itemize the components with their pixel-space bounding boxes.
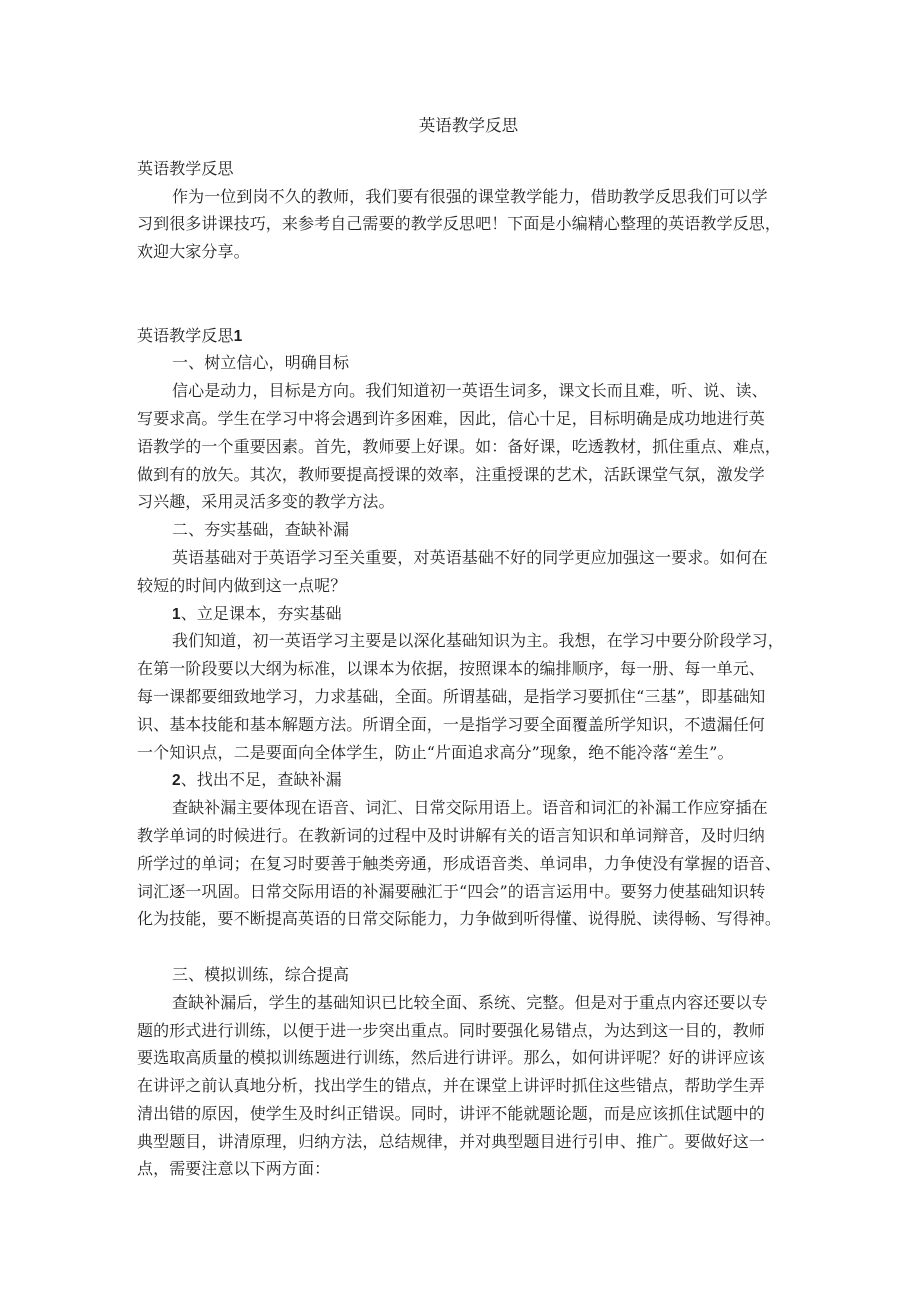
paragraph-text: 较短的时间内做到这一点呢？: [137, 576, 346, 595]
subheading-number: 1: [172, 606, 181, 623]
paragraph-line: 化为技能，要不断提高英语的日常交际能力，力争做到听得懂、说得脱、读得畅、写得神。: [137, 905, 800, 933]
paragraph-text: 写要求高。学生在学习中将会遇到许多困难，因此，信心十足，目标明确是成功地进行英: [137, 409, 765, 428]
paragraph-line: 在第一阶段要以大纲为标准，以课本为依据，按照课本的编排顺序，每一册、每一单元、: [137, 655, 800, 683]
paragraph-line: 一个知识点，二是要面向全体学生，防止“片面追求高分”现象，绝不能冷落“差生”。: [137, 739, 800, 767]
section-label-number: 1: [234, 328, 243, 345]
document-page: 英语教学反思英语教学反思作为一位到岗不久的教师，我们要有很强的课堂教学能力，借助…: [0, 0, 920, 1302]
paragraph-line: 教学单词的时候进行。在教新词的过程中及时讲解有关的语言知识和单词辩音，及时归纳: [137, 822, 800, 850]
subheading: 二、夯实基础，查缺补漏: [137, 516, 800, 544]
blank-space: [137, 933, 800, 961]
section-label: 英语教学反思1: [137, 322, 800, 350]
paragraph-line: 查缺补漏后，学生的基础知识已比较全面、系统、完整。但是对于重点内容还要以专: [137, 989, 800, 1017]
section-label: 英语教学反思: [137, 155, 800, 183]
paragraph-text: 在讲评之前认真地分析，找出学生的错点，并在课堂上讲评时抓住这些错点，帮助学生弄: [137, 1076, 765, 1095]
paragraph-text: 信心是动力，目标是方向。我们知道初一英语生词多，课文长而且难，听、说、读、: [172, 381, 768, 400]
paragraph-text: 欢迎大家分享。: [137, 242, 250, 261]
paragraph-text: 词汇逐一巩固。日常交际用语的补漏要融汇于“四会”的语言运用中。要努力使基础知识转: [137, 882, 765, 901]
paragraph-text: 每一课都要细致地学习，力求基础，全面。所谓基础，是指学习要抓住“三基”，即基础知: [137, 687, 765, 706]
paragraph-text: 习兴趣，采用灵活多变的教学方法。: [137, 492, 395, 511]
document-body: 英语教学反思英语教学反思作为一位到岗不久的教师，我们要有很强的课堂教学能力，借助…: [0, 0, 920, 1183]
paragraph-line: 我们知道，初一英语学习主要是以深化基础知识为主。我想，在学习中要分阶段学习，: [137, 627, 800, 655]
paragraph-text: 点，需要注意以下两方面：: [137, 1159, 330, 1178]
paragraph-line: 英语基础对于英语学习至关重要，对英语基础不好的同学更应加强这一要求。如何在: [137, 544, 800, 572]
paragraph-text: 语教学的一个重要因素。首先，教师要上好课。如：备好课，吃透教材，抓住重点、难点，: [137, 437, 781, 456]
paragraph-line: 作为一位到岗不久的教师，我们要有很强的课堂教学能力，借助教学反思我们可以学: [137, 183, 800, 211]
paragraph-text: 查缺补漏主要体现在语音、词汇、日常交际用语上。语音和词汇的补漏工作应穿插在: [172, 798, 768, 817]
subheading-text: 、找出不足，查缺补漏: [181, 770, 342, 789]
document-title-text: 英语教学反思: [419, 116, 519, 135]
paragraph-text: 做到有的放矢。其次，教师要提高授课的效率，注重授课的艺术，活跃课堂气氛，激发学: [137, 465, 765, 484]
paragraph-text: 要选取高质量的模拟训练题进行训练，然后进行讲评。那么，如何讲评呢？好的讲评应该: [137, 1048, 765, 1067]
paragraph-line: 查缺补漏主要体现在语音、词汇、日常交际用语上。语音和词汇的补漏工作应穿插在: [137, 794, 800, 822]
paragraph-text: 英语基础对于英语学习至关重要，对英语基础不好的同学更应加强这一要求。如何在: [172, 548, 768, 567]
paragraph-line: 习到很多讲课技巧，来参考自己需要的教学反思吧！下面是小编精心整理的英语教学反思，: [137, 210, 800, 238]
paragraph-line: 欢迎大家分享。: [137, 238, 800, 266]
subheading-text: 三、模拟训练，综合提高: [172, 965, 349, 984]
paragraph-text: 习到很多讲课技巧，来参考自己需要的教学反思吧！下面是小编精心整理的英语教学反思，: [137, 214, 781, 233]
paragraph-line: 词汇逐一巩固。日常交际用语的补漏要融汇于“四会”的语言运用中。要努力使基础知识转: [137, 878, 800, 906]
paragraph-line: 做到有的放矢。其次，教师要提高授课的效率，注重授课的艺术，活跃课堂气氛，激发学: [137, 461, 800, 489]
paragraph-line: 信心是动力，目标是方向。我们知道初一英语生词多，课文长而且难，听、说、读、: [137, 377, 800, 405]
paragraph-text: 清出错的原因，使学生及时纠正错误。同时，讲评不能就题论题，而是应该抓住试题中的: [137, 1104, 765, 1123]
section-label-text: 英语教学反思: [137, 326, 234, 345]
paragraph-line: 点，需要注意以下两方面：: [137, 1155, 800, 1183]
subheading: 三、模拟训练，综合提高: [137, 961, 800, 989]
paragraph-text: 一个知识点，二是要面向全体学生，防止“片面追求高分”现象，绝不能冷落“差生”。: [137, 743, 734, 762]
paragraph-line: 所学过的单词；在复习时要善于触类旁通，形成语音类、单词串，力争使没有掌握的语音、: [137, 850, 800, 878]
paragraph-text: 教学单词的时候进行。在教新词的过程中及时讲解有关的语言知识和单词辩音，及时归纳: [137, 826, 765, 845]
paragraph-line: 在讲评之前认真地分析，找出学生的错点，并在课堂上讲评时抓住这些错点，帮助学生弄: [137, 1072, 800, 1100]
paragraph-line: 识、基本技能和基本解题方法。所谓全面，一是指学习要全面覆盖所学知识，不遗漏任何: [137, 711, 800, 739]
paragraph-line: 典型题目，讲清原理，归纳方法，总结规律，并对典型题目进行引申、推广。要做好这一: [137, 1128, 800, 1156]
paragraph-text: 查缺补漏后，学生的基础知识已比较全面、系统、完整。但是对于重点内容还要以专: [172, 993, 768, 1012]
paragraph-line: 要选取高质量的模拟训练题进行训练，然后进行讲评。那么，如何讲评呢？好的讲评应该: [137, 1044, 800, 1072]
subheading-text: 二、夯实基础，查缺补漏: [172, 520, 349, 539]
paragraph-text: 我们知道，初一英语学习主要是以深化基础知识为主。我想，在学习中要分阶段学习，: [172, 631, 784, 650]
paragraph-text: 题的形式进行训练，以便于进一步突出重点。同时要强化易错点，为达到这一目的，教师: [137, 1021, 765, 1040]
subheading: 1、立足课本，夯实基础: [137, 600, 800, 628]
paragraph-text: 在第一阶段要以大纲为标准，以课本为依据，按照课本的编排顺序，每一册、每一单元、: [137, 659, 765, 678]
section-label-text: 英语教学反思: [137, 159, 234, 178]
paragraph-line: 习兴趣，采用灵活多变的教学方法。: [137, 488, 800, 516]
subheading: 2、找出不足，查缺补漏: [137, 766, 800, 794]
paragraph-line: 每一课都要细致地学习，力求基础，全面。所谓基础，是指学习要抓住“三基”，即基础知: [137, 683, 800, 711]
paragraph-line: 较短的时间内做到这一点呢？: [137, 572, 800, 600]
subheading-text: 、立足课本，夯实基础: [181, 604, 342, 623]
subheading-text: 一、树立信心，明确目标: [172, 353, 349, 372]
blank-space: [137, 266, 800, 322]
subheading: 一、树立信心，明确目标: [137, 349, 800, 377]
paragraph-line: 语教学的一个重要因素。首先，教师要上好课。如：备好课，吃透教材，抓住重点、难点，: [137, 433, 800, 461]
document-title: 英语教学反思: [137, 112, 800, 140]
paragraph-text: 所学过的单词；在复习时要善于触类旁通，形成语音类、单词串，力争使没有掌握的语音、: [137, 854, 781, 873]
paragraph-text: 化为技能，要不断提高英语的日常交际能力，力争做到听得懂、说得脱、读得畅、写得神。: [137, 909, 781, 928]
paragraph-text: 作为一位到岗不久的教师，我们要有很强的课堂教学能力，借助教学反思我们可以学: [172, 187, 768, 206]
paragraph-text: 典型题目，讲清原理，归纳方法，总结规律，并对典型题目进行引申、推广。要做好这一: [137, 1132, 765, 1151]
subheading-number: 2: [172, 772, 181, 789]
paragraph-line: 清出错的原因，使学生及时纠正错误。同时，讲评不能就题论题，而是应该抓住试题中的: [137, 1100, 800, 1128]
paragraph-line: 写要求高。学生在学习中将会遇到许多困难，因此，信心十足，目标明确是成功地进行英: [137, 405, 800, 433]
paragraph-text: 识、基本技能和基本解题方法。所谓全面，一是指学习要全面覆盖所学知识，不遗漏任何: [137, 715, 765, 734]
paragraph-line: 题的形式进行训练，以便于进一步突出重点。同时要强化易错点，为达到这一目的，教师: [137, 1017, 800, 1045]
